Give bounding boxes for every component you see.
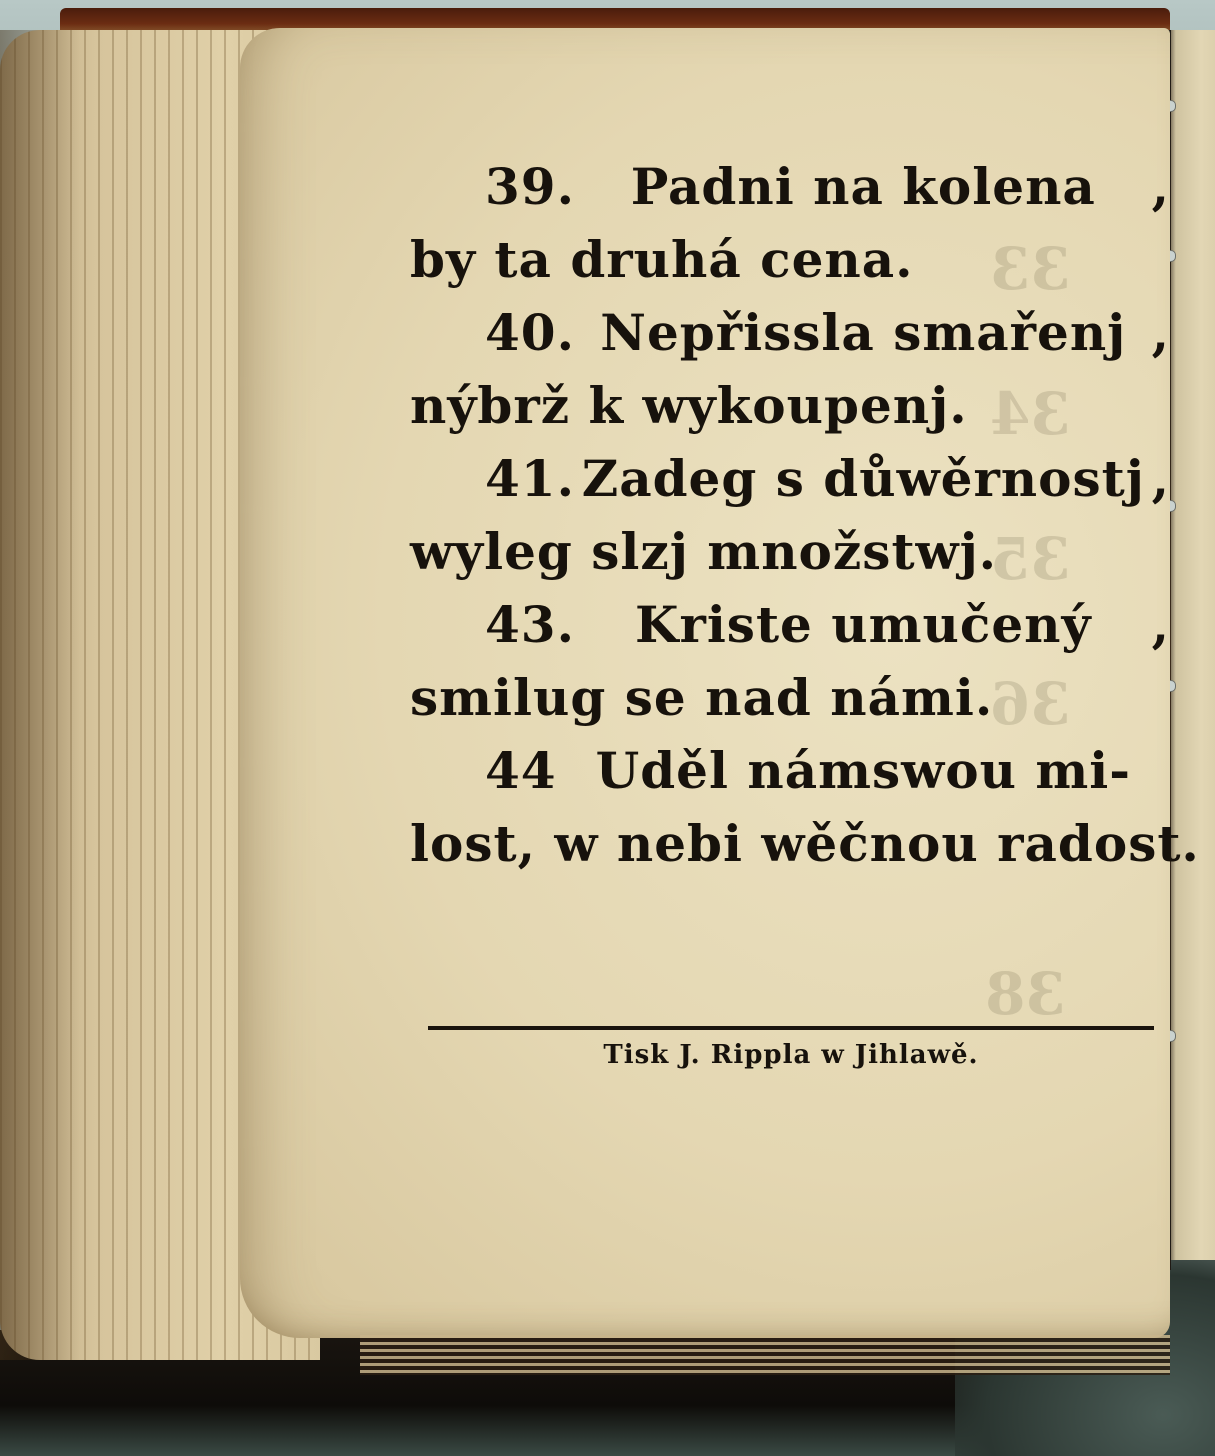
verse-punct: , (1152, 150, 1170, 223)
verse-number: 39. (485, 150, 575, 223)
verse-list: 39. Padni na kolena , by ta druhá cena. … (410, 150, 1170, 880)
verse-text: Nepřissla smařenj (600, 296, 1126, 369)
verse-punct: , (1152, 442, 1170, 515)
facing-page-edge (1165, 30, 1215, 1260)
verse-number: 41. (485, 442, 575, 515)
printer-imprint: Tisk J. Rippla w Jihlawě. (428, 1040, 1154, 1070)
verse-40-line-1: 40. Nepřissla smařenj , (410, 296, 1170, 369)
verse-39-line-1: 39. Padni na kolena , (410, 150, 1170, 223)
verse-44-line-1: 44 Uděl námswou mi- (410, 734, 1170, 807)
verse-text: Zadeg s důwěrnostj (582, 442, 1145, 515)
verse-punct: , (1152, 296, 1170, 369)
verse-44-line-2: lost, w nebi wěčnou radost. (410, 807, 1170, 880)
page-bottom-edges (360, 1335, 1170, 1375)
book-scan: 33 34 35 36 38 39. Padni na kolena , by … (0, 0, 1215, 1456)
verse-43-line-2: smilug se nad námi. (410, 661, 1170, 734)
verse-text: Kriste umučený (635, 588, 1092, 661)
verse-punct: , (1152, 588, 1170, 661)
verse-39-line-2: by ta druhá cena. (410, 223, 1170, 296)
verse-text: Uděl námswou mi- (596, 734, 1131, 807)
verse-41-line-1: 41. Zadeg s důwěrnostj , (410, 442, 1170, 515)
page-stack-shadow (0, 30, 80, 1360)
imprint-divider (428, 1026, 1154, 1030)
verse-text: Padni na kolena (631, 150, 1096, 223)
bleed-through-number: 38 (985, 960, 1066, 1028)
verse-43-line-1: 43. Kriste umučený , (410, 588, 1170, 661)
verse-number: 44 (485, 734, 557, 807)
verse-41-line-2: wyleg slzj množstwj. (410, 515, 1170, 588)
verse-number: 40. (485, 296, 575, 369)
verse-number: 43. (485, 588, 575, 661)
verse-40-line-2: nýbrž k wykoupenj. (410, 369, 1170, 442)
